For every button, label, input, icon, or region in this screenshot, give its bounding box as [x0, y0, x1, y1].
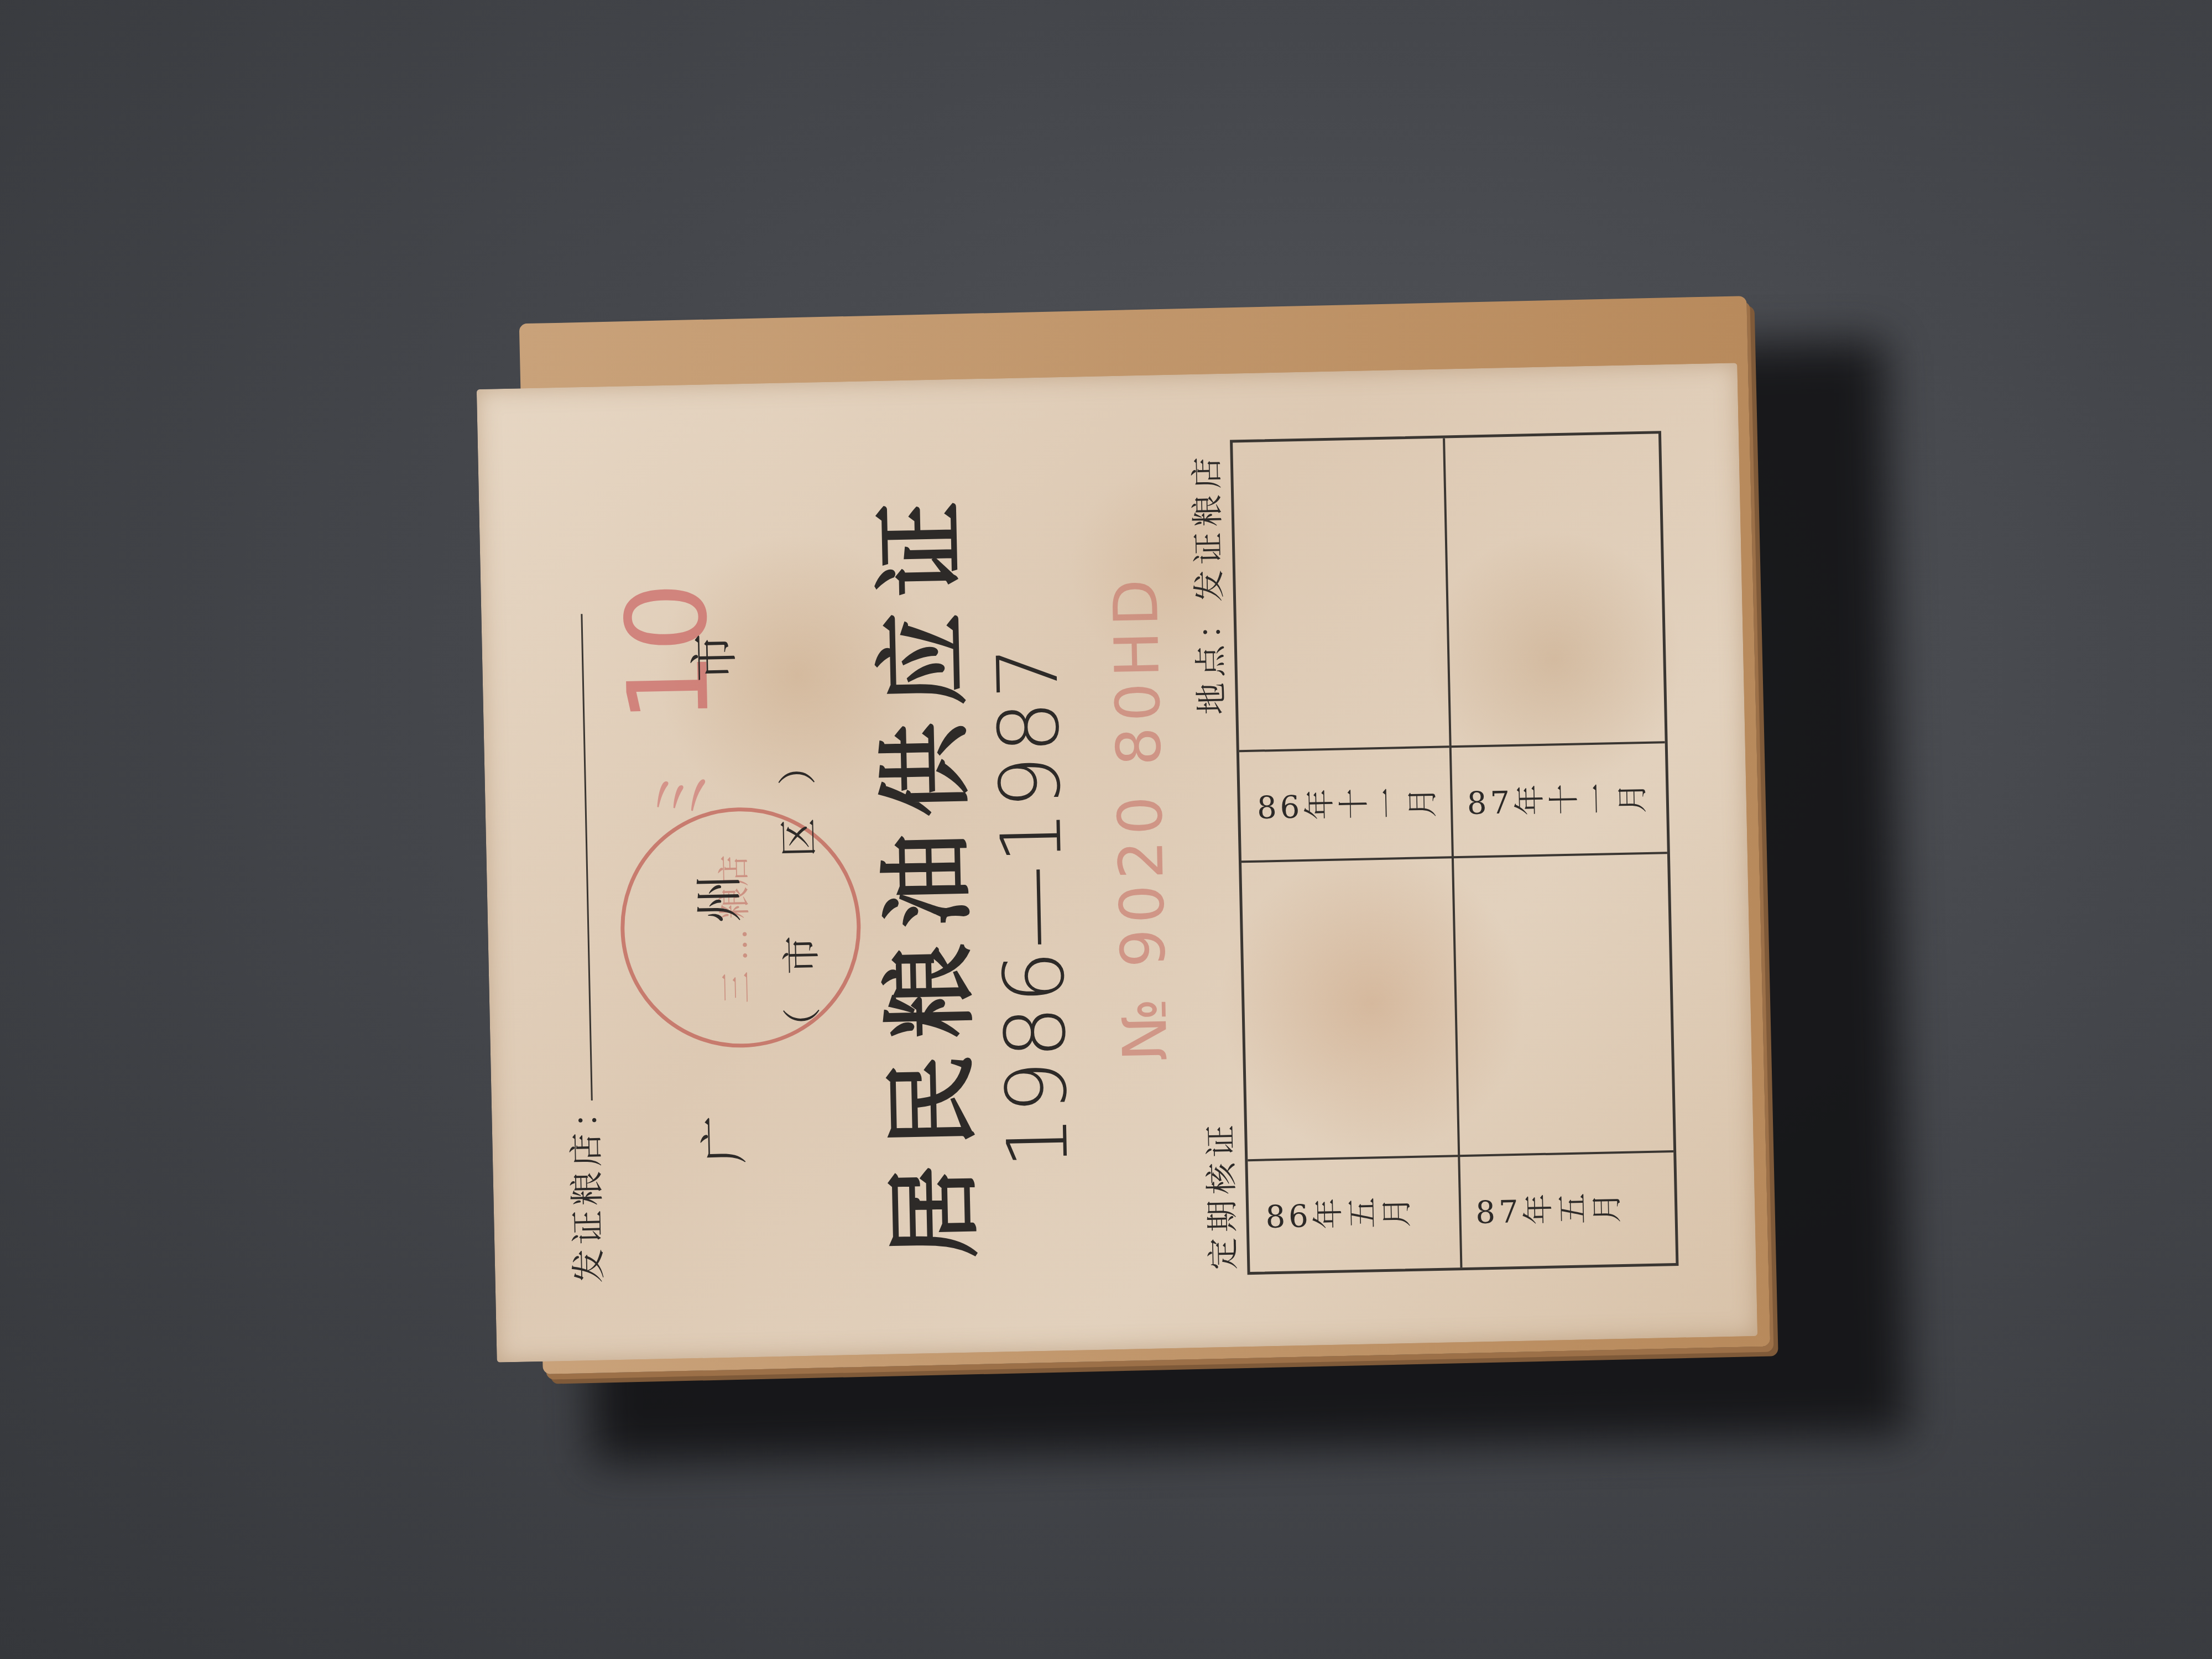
grid-label-divider — [1449, 741, 1665, 748]
grid-cell-87-may: 87年五月 — [1475, 1189, 1625, 1234]
booklet-cover: 发证粮店： ミ 10 三 … 粮店 广 州 市 （市 区） 居民粮油供应证 19… — [477, 363, 1757, 1362]
grid-cell-86-may: 86年五月 — [1265, 1193, 1415, 1238]
grid-cell-86-nov: 86年十一月 — [1256, 784, 1441, 830]
certificate-title: 居民粮油供应证 — [844, 484, 995, 1261]
periodic-check-label: 定期核证 — [1194, 1119, 1244, 1270]
grid-cell-87-nov: 87年十一月 — [1467, 779, 1651, 825]
validity-years: 1986—1987 — [980, 643, 1087, 1170]
grid-label-divider — [1248, 1155, 1458, 1161]
periodic-check-grid: 86年五月 86年十一月 87年五月 87年十一月 — [1230, 431, 1678, 1275]
issuer-store-blank-line — [581, 614, 592, 1100]
cover-face: 发证粮店： ミ 10 三 … 粮店 广 州 市 （市 区） 居民粮油供应证 19… — [477, 363, 1757, 1362]
city-name: 广 州 市 — [674, 544, 756, 1165]
check-location-label: 地点：发证粮店 — [1180, 451, 1232, 716]
grid-label-divider — [1458, 1150, 1673, 1157]
serial-value: 9020 80HD — [1100, 573, 1179, 968]
grid-row-divider — [1443, 438, 1462, 1267]
issuer-store-label: 发证粮店： — [557, 1089, 611, 1284]
grid-label-divider — [1239, 745, 1449, 752]
serial-prefix: № — [1109, 992, 1181, 1062]
district-name: （市 区） — [765, 713, 828, 1047]
serial-number-stamp: № 9020 80HD — [1100, 573, 1181, 1062]
grid-column-divider — [1241, 852, 1667, 863]
